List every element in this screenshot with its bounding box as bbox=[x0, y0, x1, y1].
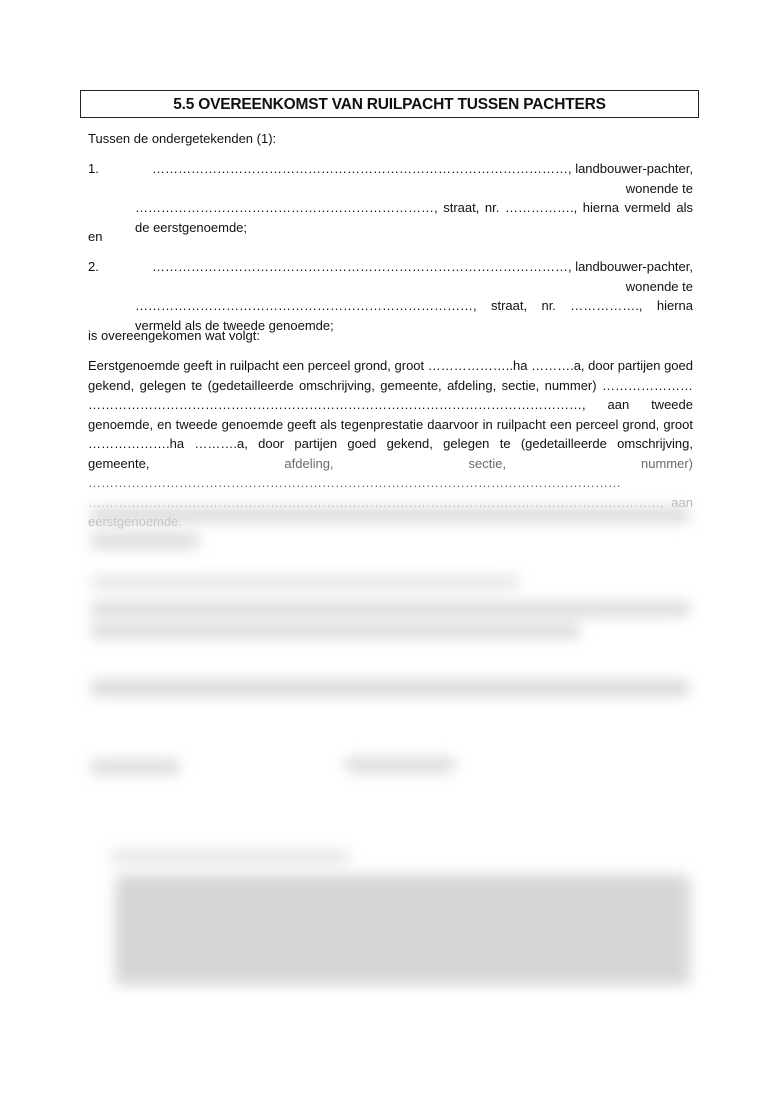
clause-part2: afdeling, sectie, nummer) ……………………………………… bbox=[88, 456, 693, 491]
document-title: 5.5 OVEREENKOMST VAN RUILPACHT TUSSEN PA… bbox=[80, 90, 699, 118]
clause-part1: Eerstgenoemde geeft in ruilpacht een per… bbox=[88, 358, 693, 471]
party2-line1: ……………………………………………………………………………………, landbo… bbox=[135, 257, 693, 296]
agreed-text: is overeengekomen wat volgt: bbox=[88, 326, 693, 346]
conjunction-text: en bbox=[88, 227, 693, 247]
party1-line1: ……………………………………………………………………………………, landbo… bbox=[126, 159, 693, 198]
party2-details: ……………………………………………………………………………………, landbo… bbox=[135, 257, 693, 335]
party1-details: ……………………………………………………………………………………, landbo… bbox=[135, 159, 693, 237]
party1-number: 1. bbox=[88, 159, 99, 179]
intro-text: Tussen de ondergetekenden (1): bbox=[88, 129, 693, 149]
document-page: 5.5 OVEREENKOMST VAN RUILPACHT TUSSEN PA… bbox=[0, 0, 777, 1112]
party2-number: 2. bbox=[88, 257, 99, 277]
blurred-preview-region bbox=[0, 490, 777, 1112]
